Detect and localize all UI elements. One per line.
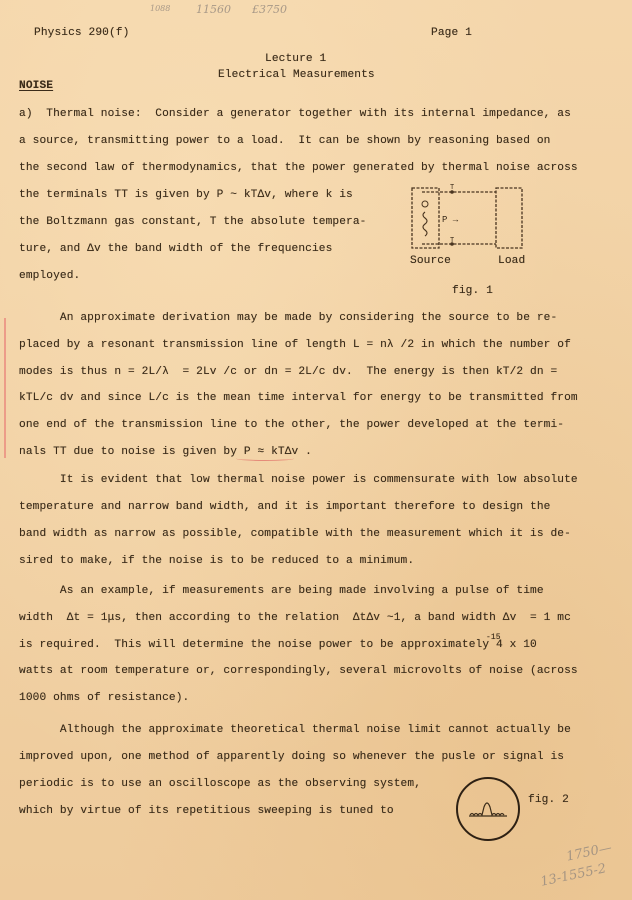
text-line: temperature and narrow band width, and i… [19, 501, 550, 513]
figure-2-oscilloscope [455, 776, 525, 846]
pencil-note: 1750— [565, 840, 613, 864]
circuit-diagram-icon: T T P → [410, 182, 540, 282]
text-line: width Δt = 1μs, then according to the re… [19, 612, 571, 624]
exponent: -15 [486, 633, 501, 642]
svg-text:T: T [450, 184, 454, 192]
text-line: It is evident that low thermal noise pow… [19, 474, 578, 486]
text-line: is required. This will determine the noi… [19, 639, 537, 651]
oscilloscope-pulse-icon [455, 776, 525, 846]
text-line: As an example, if measurements are being… [19, 585, 544, 597]
text-line: sired to make, if the noise is to be red… [19, 555, 414, 567]
text-line: improved upon, one method of apparently … [19, 751, 564, 763]
text-line: a source, transmitting power to a load. … [19, 135, 550, 147]
text-line: placed by a resonant transmission line o… [19, 339, 571, 351]
pencil-note: 13-1555-2 [539, 861, 607, 890]
pencil-note: 1088 [150, 4, 170, 13]
svg-text:T: T [450, 237, 454, 245]
text-line: watts at room temperature or, correspond… [19, 665, 578, 677]
red-margin-mark [4, 318, 6, 458]
section-heading: NOISE [19, 80, 53, 92]
text-line: which by virtue of its repetitious sweep… [19, 805, 394, 817]
text-line: employed. [19, 270, 80, 282]
pencil-note: 11560 [196, 3, 231, 16]
text-line: band width as narrow as possible, compat… [19, 528, 571, 540]
text-line: nals TT due to noise is given by P ≈ kTΔ… [19, 446, 312, 458]
text-line: a) Thermal noise: Consider a generator t… [19, 108, 571, 120]
lecture-number: Lecture 1 [265, 53, 326, 65]
course-label: Physics 290(f) [34, 27, 129, 39]
text-line: the Boltzmann gas constant, T the absolu… [19, 216, 367, 228]
text-line: one end of the transmission line to the … [19, 419, 564, 431]
document-page: 1088 11560 £3750 Physics 290(f) Page 1 L… [0, 0, 632, 900]
pencil-note: £3750 [252, 3, 287, 16]
fig1-load-label: Load [498, 255, 525, 267]
text-line: kTL/c dv and since L/c is the mean time … [19, 392, 578, 404]
lecture-title: Electrical Measurements [218, 69, 375, 81]
text-line: modes is thus n = 2L/λ = 2Lv /c or dn = … [19, 366, 557, 378]
fig2-caption: fig. 2 [528, 794, 569, 806]
text-line: 1000 ohms of resistance). [19, 692, 189, 704]
text-line: An approximate derivation may be made by… [19, 312, 557, 324]
text-line: the terminals TT is given by P ~ kTΔv, w… [19, 189, 353, 201]
figure-1-circuit-diagram: T T P → Source Load [410, 182, 540, 282]
svg-text:P →: P → [442, 215, 459, 225]
page-number: Page 1 [431, 27, 472, 39]
fig1-source-label: Source [410, 255, 451, 267]
fig1-caption: fig. 1 [452, 285, 493, 297]
text-line: Although the approximate theoretical the… [19, 724, 571, 736]
text-line: the second law of thermodynamics, that t… [19, 162, 578, 174]
text-line: ture, and Δv the band width of the frequ… [19, 243, 332, 255]
text-line: periodic is to use an oscilloscope as th… [19, 778, 421, 790]
